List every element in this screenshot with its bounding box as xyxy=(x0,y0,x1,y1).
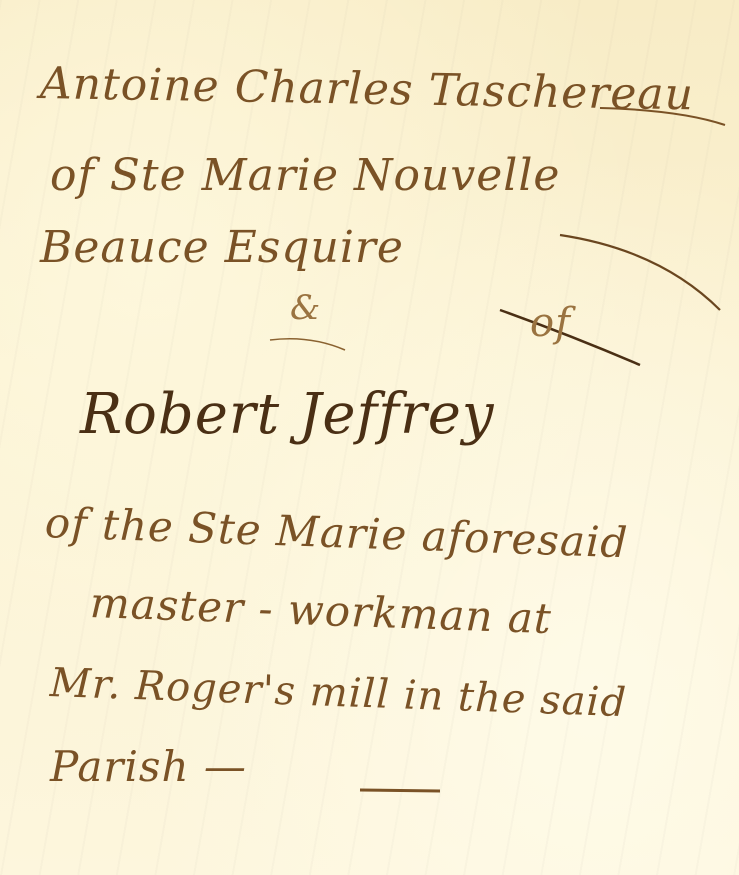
line-master-workman: master - workman at xyxy=(89,578,553,643)
line-rogers-mill: Mr. Roger's mill in the said xyxy=(49,660,628,726)
line-name-taschereau: Antoine Charles Taschereau xyxy=(40,58,695,120)
line-name-robert-jeffrey: Robert Jeffrey xyxy=(80,382,495,447)
manuscript-page: Antoine Charles Taschereau of Ste Marie … xyxy=(0,0,739,875)
line-parish: Parish — xyxy=(50,742,247,791)
line-beauce-esquire: Beauce Esquire xyxy=(40,222,404,273)
line-ampersand: & xyxy=(290,288,321,328)
line-struck-of: of xyxy=(530,300,571,346)
line-ste-marie-nouvelle: of Ste Marie Nouvelle xyxy=(50,150,560,201)
line-of-ste-marie-aforesaid: of the Ste Marie aforesaid xyxy=(44,498,629,567)
